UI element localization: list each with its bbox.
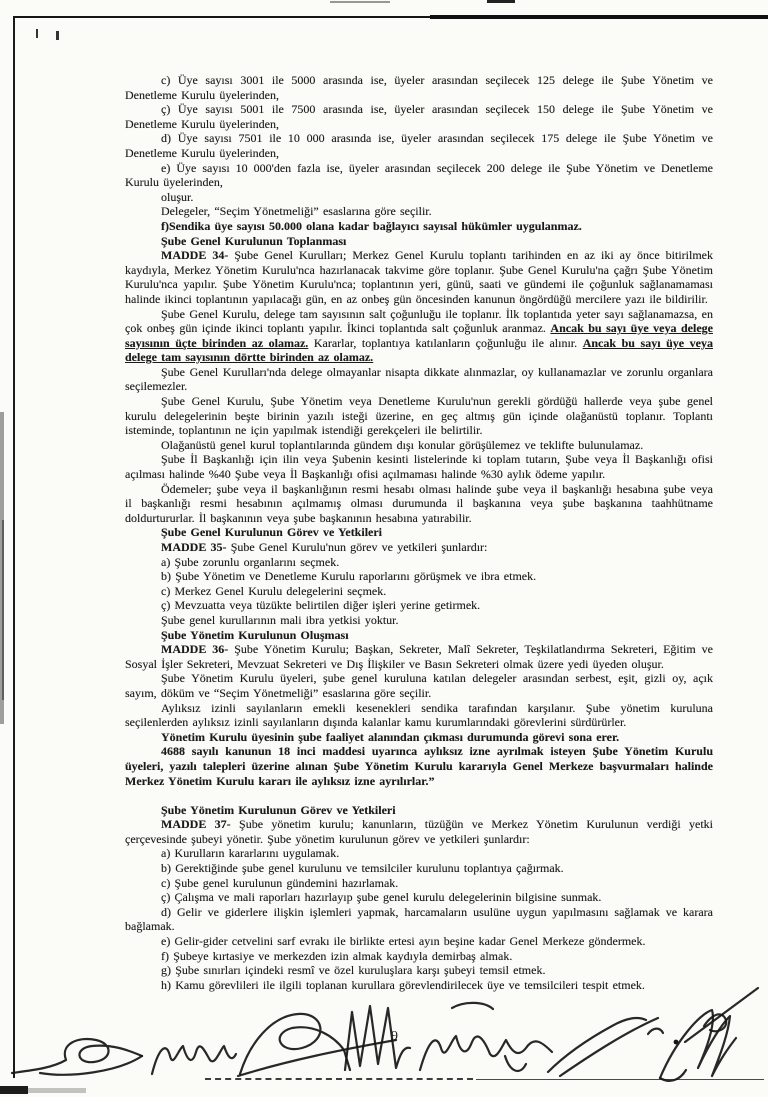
paragraph: MADDE 35- Şube Genel Kurulu'nun görev ve… [125, 540, 713, 555]
text-run: Şube genel kurullarının mali ibra yetkis… [161, 613, 399, 627]
scan-artifact-top [487, 0, 515, 3]
section-heading: Şube Yönetim Kurulunun Görev ve Yetkiler… [125, 803, 713, 818]
text-run: a) Kurulların kararlarını uygulamak. [161, 846, 339, 860]
text-run: f)Sendika üye sayısı 50.000 olana kadar … [161, 219, 582, 233]
text-run: Şube İl Başkanlığı için ilin veya Şubeni… [125, 452, 713, 481]
paragraph: c) Şube genel kurulunun gündemini hazırl… [125, 876, 713, 891]
text-run: Olağanüstü genel kurul toplantılarında g… [161, 438, 643, 452]
text-run: c) Merkez Genel Kurulu delegelerini seçm… [161, 584, 386, 598]
paragraph: Aylıksız izinli sayılanların emekli kese… [125, 701, 713, 730]
section-heading: Şube Genel Kurulunun Görev ve Yetkileri [125, 525, 713, 540]
text-run: MADDE 35- [161, 540, 227, 554]
paragraph: MADDE 34- Şube Genel Kurulları; Merkez G… [125, 248, 713, 306]
text-run: MADDE 34- [161, 248, 228, 262]
text-run: c) Üye sayısı 3001 ile 5000 arasında ise… [125, 73, 713, 102]
text-run: d) Üye sayısı 7501 ile 10 000 arasında i… [125, 131, 713, 160]
text-run: Şube Genel Kurulları'nda delege olmayanl… [125, 365, 713, 394]
paragraph: c) Üye sayısı 3001 ile 5000 arasında ise… [125, 73, 713, 102]
text-run: ç) Çalışma ve mali raporları hazırlayıp … [161, 890, 601, 904]
text-run: MADDE 37- [161, 817, 231, 831]
paragraph: Şube İl Başkanlığı için ilin veya Şubeni… [125, 452, 713, 481]
paragraph: Şube Yönetim Kurulu üyeleri, şube genel … [125, 671, 713, 700]
text-run: c) Şube genel kurulunun gündemini hazırl… [161, 876, 398, 890]
text-run: Şube Genel Kurulu, Şube Yönetim veya Den… [125, 394, 713, 437]
text-run: f) Şubeye kırtasiye ve merkezden izin al… [161, 949, 512, 963]
text-run: Yönetim Kurulu üyesinin şube faaliyet al… [161, 730, 619, 744]
text-run: Şube Yönetim Kurulu üyeleri, şube genel … [125, 671, 713, 700]
text-run: ç) Üye sayısı 5001 ile 7500 arasında ise… [125, 102, 713, 131]
paragraph: a) Kurulların kararlarını uygulamak. [125, 846, 713, 861]
text-run: b) Şube Yönetim ve Denetleme Kurulu rapo… [161, 569, 536, 583]
paragraph: Şube Genel Kurulları'nda delege olmayanl… [125, 365, 713, 394]
text-run: Kararlar, toplantıya katılanların çoğunl… [308, 336, 582, 350]
text-run: e) Gelir-gider cetvelini sarf evrakı ile… [161, 934, 646, 948]
text-run: a) Şube zorunlu organlarını seçmek. [161, 555, 339, 569]
paragraph: Olağanüstü genel kurul toplantılarında g… [125, 438, 713, 453]
paragraph: oluşur. [125, 190, 713, 205]
paragraph: Delegeler, “Seçim Yönetmeliği” esasların… [125, 204, 713, 219]
text-run: b) Gerektiğinde şube genel kurulunu ve t… [161, 861, 564, 875]
paragraph: Yönetim Kurulu üyesinin şube faaliyet al… [125, 730, 713, 745]
paragraph: f)Sendika üye sayısı 50.000 olana kadar … [125, 219, 713, 234]
text-run: Şube Genel Kurulunun Görev ve Yetkileri [161, 525, 382, 539]
text-run: Şube Yönetim Kurulunun Oluşması [161, 628, 349, 642]
text-run: Delegeler, “Seçim Yönetmeliği” esasların… [161, 204, 432, 218]
paragraph: MADDE 37- Şube yönetim kurulu; kanunları… [125, 817, 713, 846]
text-run: Şube Genel Kurulu'nun görev ve yetkileri… [227, 540, 488, 554]
paragraph: ç) Üye sayısı 5001 ile 7500 arasında ise… [125, 102, 713, 131]
paragraph: MADDE 36- Şube Yönetim Kurulu; Başkan, S… [125, 642, 713, 671]
paragraph: 4688 sayılı kanunun 18 inci maddesi uyar… [125, 744, 713, 788]
signature-4-icon [345, 1006, 410, 1070]
signature-6-icon [548, 1018, 678, 1076]
signature-5-icon [420, 1003, 552, 1071]
paragraph: e) Üye sayısı 10 000'den fazla ise, üyel… [125, 161, 713, 190]
ink-speck [36, 29, 38, 38]
text-run: d) Gelir ve giderlere ilişkin işlemleri … [125, 905, 713, 934]
paragraph: a) Şube zorunlu organlarını seçmek. [125, 555, 713, 570]
section-heading: Şube Yönetim Kurulunun Oluşması [125, 628, 713, 643]
paragraph: ç) Mevzuatta veya tüzükte belirtilen diğ… [125, 598, 713, 613]
signature-2-icon [152, 1046, 236, 1074]
scan-artifact-left-2 [2, 520, 4, 700]
text-run: 4688 sayılı kanunun 18 inci maddesi uyar… [125, 744, 713, 787]
paragraph: Şube Genel Kurulu, Şube Yönetim veya Den… [125, 394, 713, 438]
paragraph: Şube Genel Kurulu, delege tam sayısının … [125, 307, 713, 365]
text-run: Şube Yönetim Kurulunun Görev ve Yetkiler… [161, 803, 396, 817]
signatures-layer [0, 980, 768, 1097]
text-run: oluşur. [161, 190, 193, 204]
paragraph: ç) Çalışma ve mali raporları hazırlayıp … [125, 890, 713, 905]
paragraph: d) Üye sayısı 7501 ile 10 000 arasında i… [125, 131, 713, 160]
paragraph: f) Şubeye kırtasiye ve merkezden izin al… [125, 949, 713, 964]
document-text: c) Üye sayısı 3001 ile 5000 arasında ise… [125, 73, 713, 992]
text-run: MADDE 36- [161, 642, 228, 656]
text-run: ç) Mevzuatta veya tüzükte belirtilen diğ… [161, 598, 480, 612]
text-run: Şube Genel Kurulunun Toplanması [161, 234, 346, 248]
paragraph: e) Gelir-gider cetvelini sarf evrakı ile… [125, 934, 713, 949]
signature-1-icon [12, 1039, 142, 1075]
text-run: e) Üye sayısı 10 000'den fazla ise, üyel… [125, 161, 713, 190]
section-heading: Şube Genel Kurulunun Toplanması [125, 234, 713, 249]
paragraph: d) Gelir ve giderlere ilişkin işlemleri … [125, 905, 713, 934]
signature-7-icon [660, 988, 758, 1081]
scan-border-top-thick [430, 15, 768, 19]
scan-artifact-top-faint [330, 1, 390, 3]
text-run: Ödemeler; şube veya il başkanlığının res… [125, 482, 713, 525]
ink-speck [56, 31, 59, 40]
paragraph: Şube genel kurullarının mali ibra yetkis… [125, 613, 713, 628]
paragraph: b) Gerektiğinde şube genel kurulunu ve t… [125, 861, 713, 876]
paragraph: g) Şube sınırları içindeki resmî ve özel… [125, 963, 713, 978]
scan-border-left [13, 16, 15, 1078]
text-run: g) Şube sınırları içindeki resmî ve özel… [161, 963, 545, 977]
paragraph: b) Şube Yönetim ve Denetleme Kurulu rapo… [125, 569, 713, 584]
paragraph: Ödemeler; şube veya il başkanlığının res… [125, 482, 713, 526]
paragraph: c) Merkez Genel Kurulu delegelerini seçm… [125, 584, 713, 599]
scanned-document-page: c) Üye sayısı 3001 ile 5000 arasında ise… [0, 0, 768, 1097]
text-run: Aylıksız izinli sayılanların emekli kese… [125, 701, 713, 730]
